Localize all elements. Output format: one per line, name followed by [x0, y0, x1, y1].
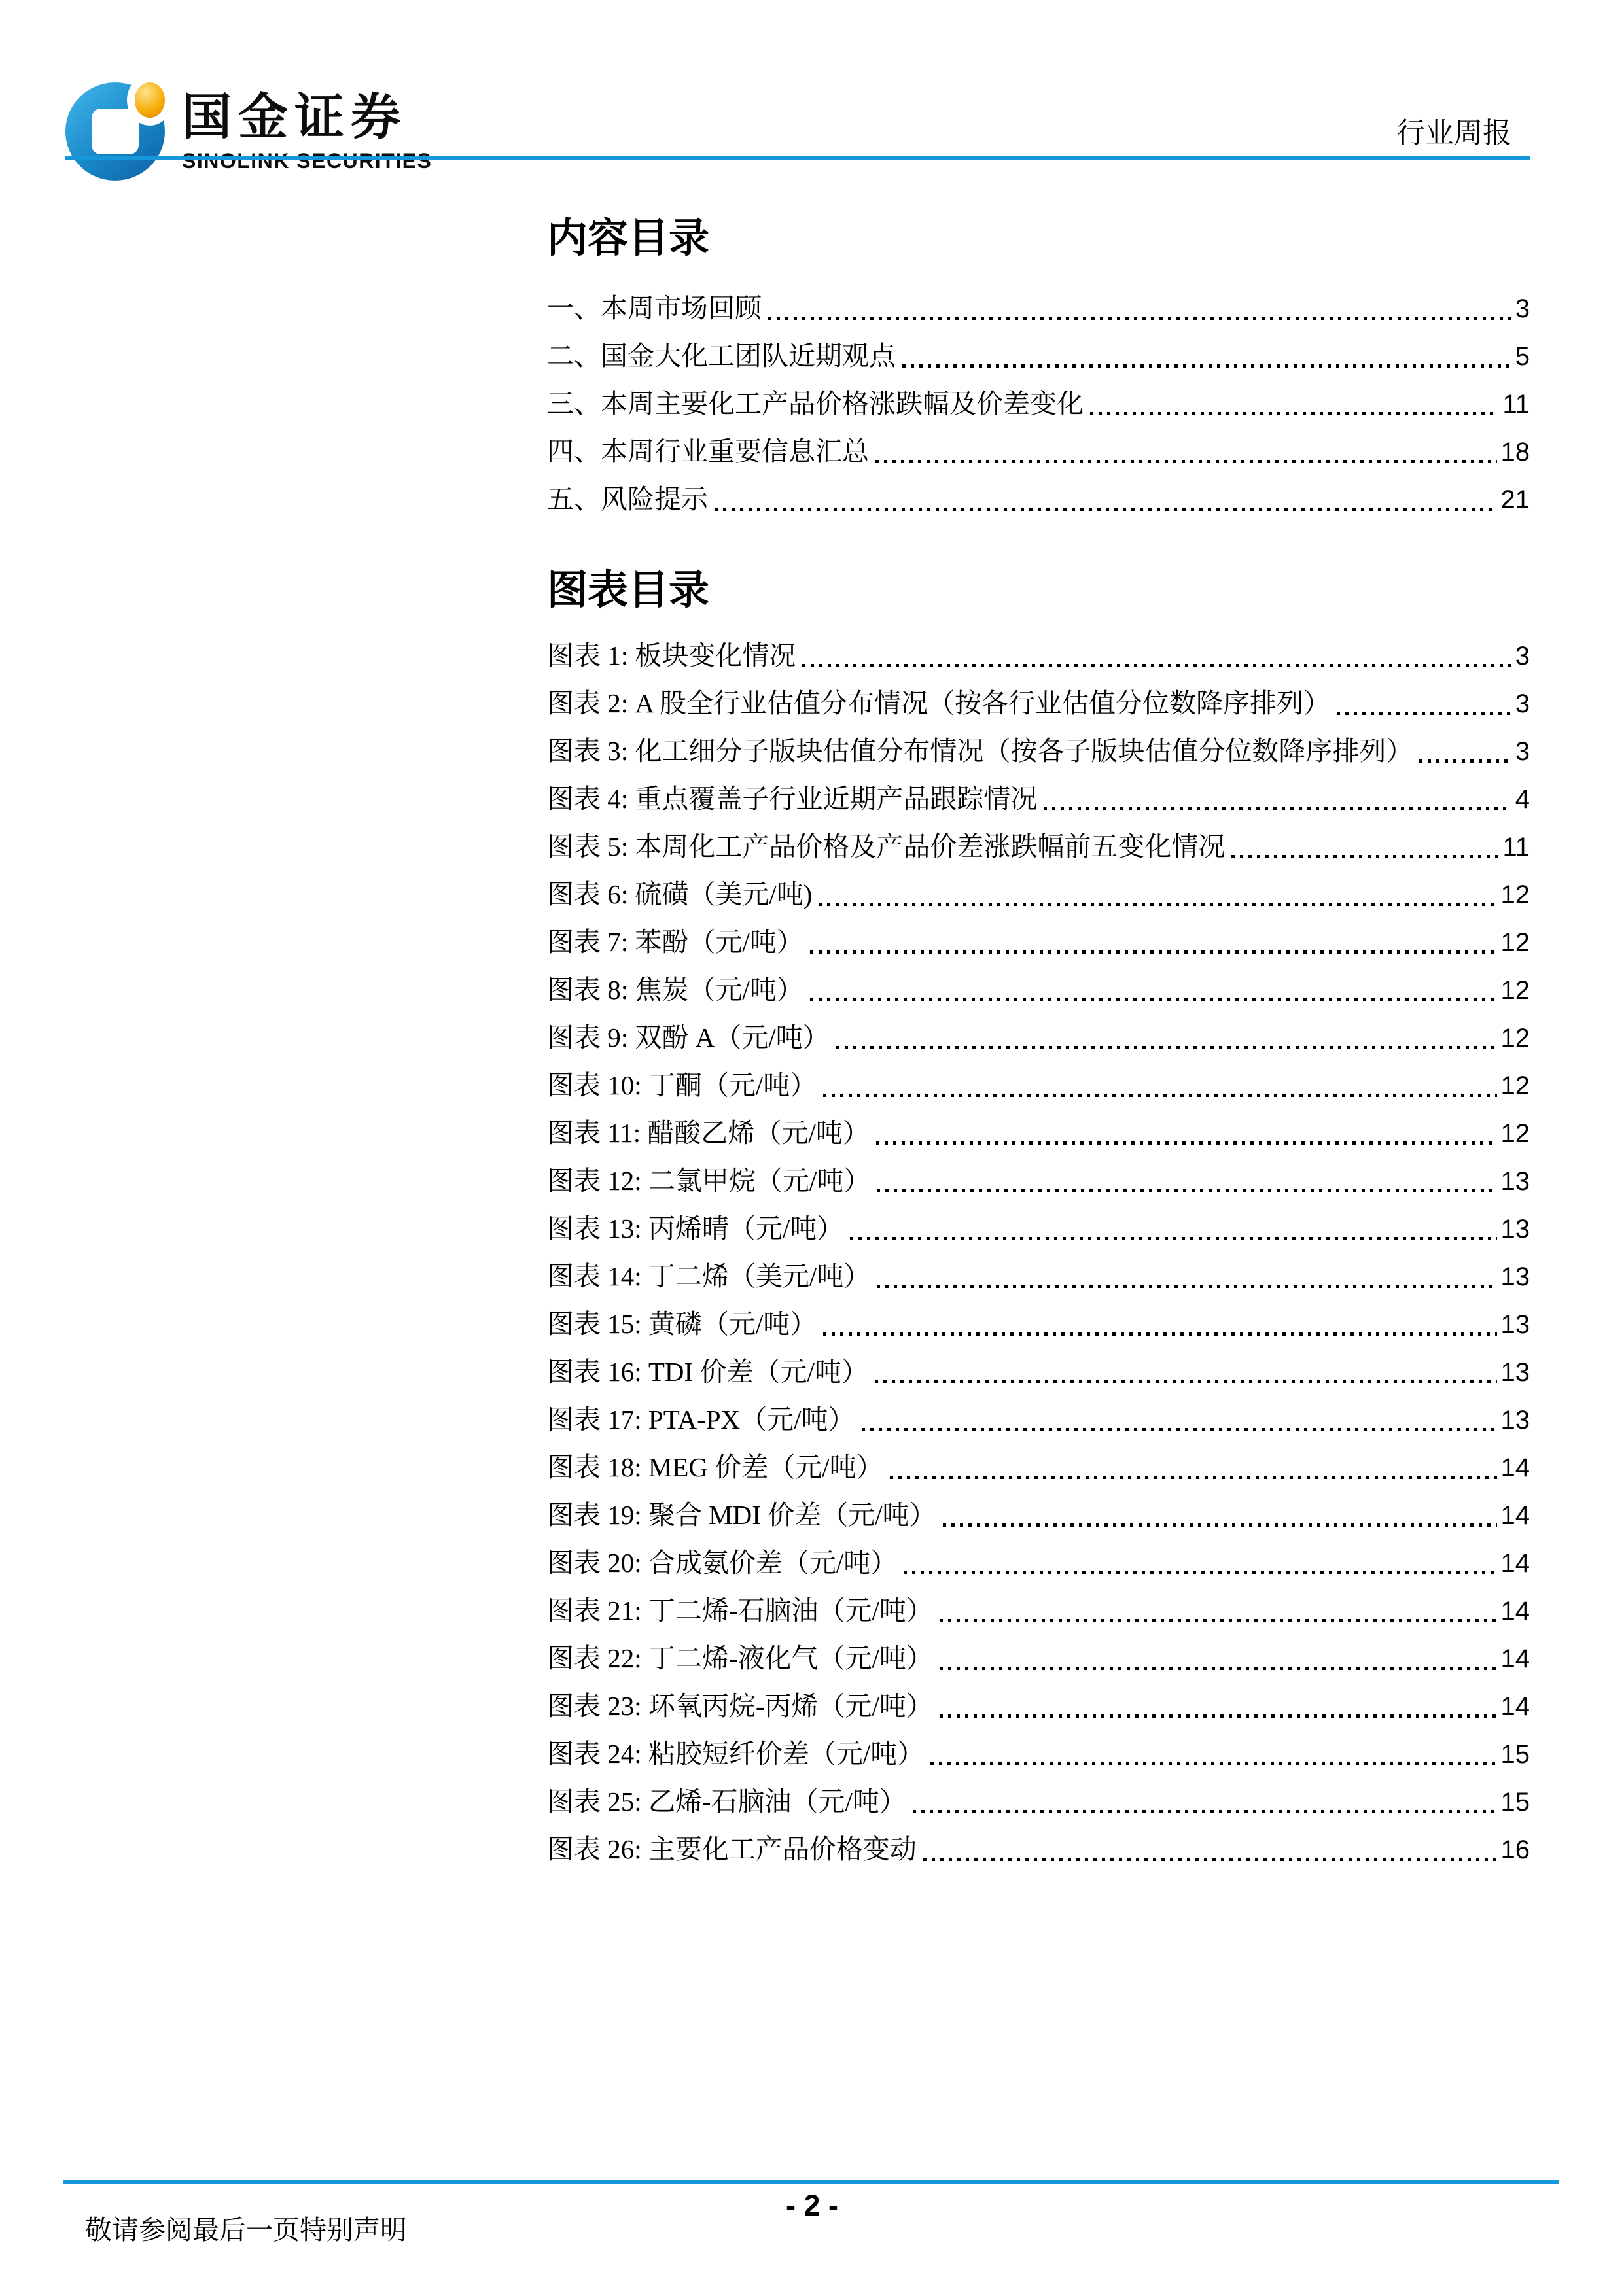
toc-item[interactable]: 图表 9: 双酚 A（元/吨） 12 — [547, 1014, 1530, 1062]
toc-item-label: 图表 4: 重点覆盖子行业近期产品跟踪情况 — [547, 775, 1037, 823]
toc-page-number: 13 — [1501, 1206, 1530, 1253]
toc-item-label: 图表 23: 环氧丙烷-丙烯（元/吨） — [547, 1682, 933, 1730]
toc-item[interactable]: 图表 12: 二氯甲烷（元/吨） 13 — [547, 1157, 1530, 1205]
report-type-label: 行业周报 — [1396, 119, 1511, 148]
footer-divider — [63, 2180, 1559, 2184]
toc-item-label: 图表 1: 板块变化情况 — [547, 632, 796, 680]
toc-leader-dots — [715, 508, 1497, 511]
toc-item-label: 图表 26: 主要化工产品价格变动 — [547, 1826, 917, 1873]
toc-leader-dots — [823, 1094, 1496, 1097]
toc-leader-dots — [923, 1858, 1497, 1861]
toc-leader-dots — [836, 1046, 1497, 1049]
toc-item[interactable]: 图表 24: 粘胶短纤价差（元/吨） 15 — [547, 1730, 1530, 1778]
toc-item-label: 图表 8: 焦炭（元/吨） — [547, 966, 803, 1014]
toc-item-label: 图表 13: 丙烯晴（元/吨） — [547, 1205, 843, 1253]
toc-item[interactable]: 三、本周主要化工产品价格涨跌幅及价差变化 11 — [547, 380, 1530, 428]
toc-page-number: 13 — [1501, 1301, 1530, 1349]
toc-item[interactable]: 图表 25: 乙烯-石脑油（元/吨） 15 — [547, 1778, 1530, 1826]
toc-page-number: 16 — [1501, 1826, 1530, 1874]
toc-page-number: 3 — [1515, 680, 1530, 728]
toc-page-number: 12 — [1501, 1110, 1530, 1158]
toc-item[interactable]: 图表 10: 丁酮（元/吨） 12 — [547, 1062, 1530, 1109]
toc-item-label: 图表 6: 硫磺（美元/吨) — [547, 871, 812, 918]
toc-page-number: 14 — [1501, 1540, 1530, 1588]
toc-item-label: 三、本周主要化工产品价格涨跌幅及价差变化 — [547, 380, 1084, 428]
toc-leader-dots — [940, 1667, 1497, 1670]
toc-item-label: 二、国金大化工团队近期观点 — [547, 332, 896, 380]
content-toc-title: 内容目录 — [547, 216, 1530, 262]
toc-page-number: 13 — [1501, 1349, 1530, 1397]
toc-page-number: 21 — [1501, 476, 1530, 524]
sinolink-logo-icon — [65, 82, 165, 181]
toc-page-number: 3 — [1515, 633, 1530, 680]
toc-leader-dots — [940, 1619, 1497, 1622]
toc-page-number: 3 — [1515, 285, 1530, 333]
toc-page-number: 4 — [1515, 776, 1530, 824]
toc-item-label: 图表 2: A 股全行业估值分布情况（按各行业估值分位数降序排列） — [547, 680, 1330, 727]
toc-page-number: 15 — [1501, 1779, 1530, 1826]
toc-page-number: 11 — [1502, 381, 1530, 428]
toc-page-number: 12 — [1501, 919, 1530, 967]
toc-leader-dots — [877, 1189, 1496, 1192]
toc-page-number: 14 — [1501, 1492, 1530, 1540]
toc-page-number: 14 — [1501, 1444, 1530, 1492]
toc-page-number: 12 — [1501, 1015, 1530, 1062]
toc-item[interactable]: 四、本周行业重要信息汇总 18 — [547, 428, 1530, 476]
toc-item[interactable]: 五、风险提示 21 — [547, 476, 1530, 523]
toc-page-number: 13 — [1501, 1158, 1530, 1206]
toc-item[interactable]: 图表 21: 丁二烯-石脑油（元/吨） 14 — [547, 1587, 1530, 1635]
toc-leader-dots — [810, 950, 1497, 954]
toc-leader-dots — [819, 903, 1496, 906]
toc-item[interactable]: 图表 4: 重点覆盖子行业近期产品跟踪情况 4 — [547, 775, 1530, 823]
toc-leader-dots — [890, 1476, 1497, 1479]
toc-item-label: 四、本周行业重要信息汇总 — [547, 428, 869, 476]
toc-leader-dots — [875, 1380, 1497, 1383]
toc-leader-dots — [1337, 712, 1511, 715]
figure-toc-list: 图表 1: 板块变化情况 3 图表 2: A 股全行业估值分布情况（按各行业估值… — [547, 632, 1530, 1873]
toc-item[interactable]: 图表 15: 黄磷（元/吨） 13 — [547, 1300, 1530, 1348]
toc-item-label: 图表 19: 聚合 MDI 价差（元/吨） — [547, 1491, 936, 1539]
toc-item-label: 图表 11: 醋酸乙烯（元/吨） — [547, 1109, 870, 1157]
toc-page-number: 14 — [1501, 1588, 1530, 1635]
toc-page-number: 5 — [1515, 333, 1530, 381]
toc-page-number: 11 — [1502, 824, 1530, 871]
toc-page-number: 15 — [1501, 1731, 1530, 1779]
company-name-cn: 国金证券 — [182, 93, 432, 143]
toc-item[interactable]: 图表 23: 环氧丙烷-丙烯（元/吨） 14 — [547, 1682, 1530, 1730]
toc-item-label: 五、风险提示 — [547, 476, 708, 523]
toc-page-number: 12 — [1501, 1062, 1530, 1110]
toc-item-label: 一、本周市场回顾 — [547, 285, 762, 332]
toc-leader-dots — [902, 364, 1511, 368]
toc-item-label: 图表 3: 化工细分子版块估值分布情况（按各子版块估值分位数降序排列） — [547, 727, 1413, 775]
toc-page-number: 18 — [1501, 428, 1530, 476]
toc-item[interactable]: 图表 6: 硫磺（美元/吨) 12 — [547, 871, 1530, 918]
toc-item[interactable]: 图表 7: 苯酚（元/吨） 12 — [547, 918, 1530, 966]
toc-item[interactable]: 图表 5: 本周化工产品价格及产品价差涨跌幅前五变化情况 11 — [547, 823, 1530, 871]
company-logo: 国金证券 SINOLINK SECURITIES — [65, 82, 432, 181]
toc-page-body: 内容目录 一、本周市场回顾 3 二、国金大化工团队近期观点 5 三、本周主要化工… — [547, 216, 1530, 1873]
content-toc-list: 一、本周市场回顾 3 二、国金大化工团队近期观点 5 三、本周主要化工产品价格涨… — [547, 285, 1530, 523]
toc-item-label: 图表 12: 二氯甲烷（元/吨） — [547, 1157, 870, 1205]
toc-item-label: 图表 15: 黄磷（元/吨） — [547, 1300, 817, 1348]
toc-item-label: 图表 25: 乙烯-石脑油（元/吨） — [547, 1778, 906, 1826]
toc-page-number: 13 — [1501, 1397, 1530, 1444]
toc-leader-dots — [810, 998, 1497, 1001]
toc-item-label: 图表 16: TDI 价差（元/吨） — [547, 1348, 868, 1396]
toc-leader-dots — [943, 1523, 1497, 1527]
toc-item-label: 图表 17: PTA-PX（元/吨） — [547, 1396, 855, 1444]
figure-toc-title: 图表目录 — [547, 568, 1530, 614]
company-name-en: SINOLINK SECURITIES — [182, 149, 432, 173]
toc-leader-dots — [904, 1571, 1496, 1574]
toc-leader-dots — [850, 1237, 1496, 1240]
toc-item-label: 图表 5: 本周化工产品价格及产品价差涨跌幅前五变化情况 — [547, 823, 1225, 871]
toc-leader-dots — [862, 1428, 1497, 1431]
toc-item[interactable]: 图表 13: 丙烯晴（元/吨） 13 — [547, 1205, 1530, 1253]
toc-page-number: 14 — [1501, 1635, 1530, 1683]
toc-page-number: 3 — [1515, 728, 1530, 776]
toc-item-label: 图表 7: 苯酚（元/吨） — [547, 918, 803, 966]
toc-item[interactable]: 图表 14: 丁二烯（美元/吨） 13 — [547, 1253, 1530, 1300]
toc-leader-dots — [1419, 759, 1511, 763]
toc-item-label: 图表 22: 丁二烯-液化气（元/吨） — [547, 1635, 933, 1682]
toc-item[interactable]: 图表 11: 醋酸乙烯（元/吨） 12 — [547, 1109, 1530, 1157]
toc-leader-dots — [1231, 855, 1498, 858]
toc-item-label: 图表 21: 丁二烯-石脑油（元/吨） — [547, 1587, 933, 1635]
toc-leader-dots — [940, 1714, 1497, 1718]
toc-item[interactable]: 图表 19: 聚合 MDI 价差（元/吨） 14 — [547, 1491, 1530, 1539]
toc-item[interactable]: 图表 26: 主要化工产品价格变动 16 — [547, 1826, 1530, 1873]
header-divider — [65, 156, 1530, 160]
toc-leader-dots — [875, 460, 1497, 463]
toc-item-label: 图表 14: 丁二烯（美元/吨） — [547, 1253, 870, 1300]
toc-leader-dots — [876, 1141, 1497, 1145]
toc-item-label: 图表 18: MEG 价差（元/吨） — [547, 1444, 883, 1491]
toc-item-label: 图表 20: 合成氨价差（元/吨） — [547, 1539, 897, 1587]
toc-item-label: 图表 24: 粘胶短纤价差（元/吨） — [547, 1730, 924, 1778]
toc-item[interactable]: 二、国金大化工团队近期观点 5 — [547, 332, 1530, 380]
toc-item-label: 图表 10: 丁酮（元/吨） — [547, 1062, 817, 1109]
toc-item-label: 图表 9: 双酚 A（元/吨） — [547, 1014, 830, 1062]
toc-item[interactable]: 一、本周市场回顾 3 — [547, 285, 1530, 332]
toc-item[interactable]: 图表 1: 板块变化情况 3 — [547, 632, 1530, 680]
toc-leader-dots — [930, 1762, 1496, 1765]
toc-leader-dots — [1090, 412, 1498, 415]
toc-leader-dots — [823, 1332, 1496, 1336]
toc-page-number: 12 — [1501, 967, 1530, 1015]
toc-item[interactable]: 图表 20: 合成氨价差（元/吨） 14 — [547, 1539, 1530, 1587]
toc-leader-dots — [913, 1810, 1497, 1813]
toc-page-number: 13 — [1501, 1253, 1530, 1301]
toc-leader-dots — [877, 1285, 1496, 1288]
toc-item[interactable]: 图表 18: MEG 价差（元/吨） 14 — [547, 1444, 1530, 1491]
toc-leader-dots — [802, 664, 1511, 667]
toc-item[interactable]: 图表 16: TDI 价差（元/吨） 13 — [547, 1348, 1530, 1396]
toc-item[interactable]: 图表 17: PTA-PX（元/吨） 13 — [547, 1396, 1530, 1444]
toc-page-number: 14 — [1501, 1683, 1530, 1731]
toc-page-number: 12 — [1501, 871, 1530, 919]
footer-disclaimer: 敬请参阅最后一页特别声明 — [85, 2208, 407, 2247]
toc-item[interactable]: 图表 2: A 股全行业估值分布情况（按各行业估值分位数降序排列） 3 — [547, 680, 1530, 727]
toc-leader-dots — [1044, 807, 1511, 810]
toc-item[interactable]: 图表 3: 化工细分子版块估值分布情况（按各子版块估值分位数降序排列） 3 — [547, 727, 1530, 775]
toc-item[interactable]: 图表 22: 丁二烯-液化气（元/吨） 14 — [547, 1635, 1530, 1682]
toc-item[interactable]: 图表 8: 焦炭（元/吨） 12 — [547, 966, 1530, 1014]
toc-leader-dots — [768, 317, 1511, 320]
